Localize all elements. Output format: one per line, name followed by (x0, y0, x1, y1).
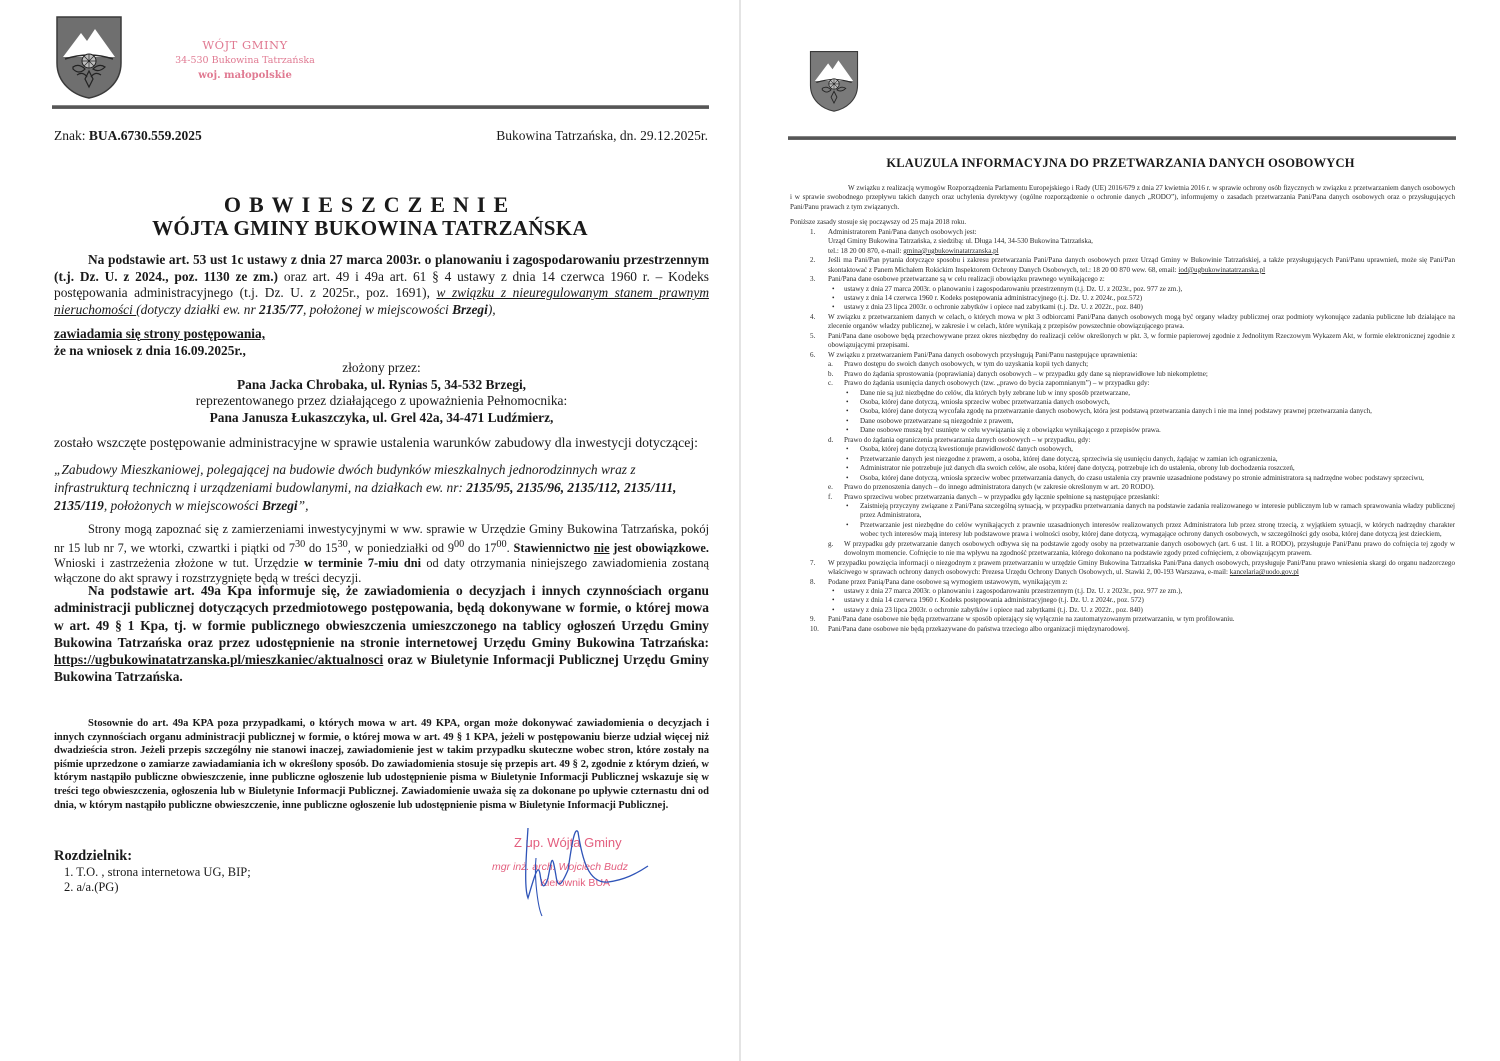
applicant-block: złożony przez: Pana Jacka Chrobaka, ul. … (54, 360, 709, 426)
reference-number: Znak: BUA.6730.559.2025 (54, 128, 202, 144)
municipality-crest-icon (55, 15, 123, 99)
clause-title: KLAUZULA INFORMACYJNA DO PRZETWARZANIA D… (741, 156, 1500, 171)
office-stamp: WÓJT GMINY 34-530 Bukowina Tatrzańska wo… (165, 38, 325, 83)
signature-stamp: Z up. Wójta Gminy mgr inż. arch. Wojciec… (498, 818, 678, 918)
clause-item-5: 5.Pani/Pana dane osobowe będą przechowyw… (790, 332, 1455, 351)
page-title: OBWIESZCZENIE (0, 192, 740, 218)
iod-email-link[interactable]: iod@ugbukowinatatrzanska.pl (1178, 266, 1265, 274)
gmina-email-link[interactable]: gmina@ugbukowinatatrzanska.pl (903, 247, 998, 255)
stamp-line-3: woj. małopolskie (165, 68, 325, 83)
clause-intro: W związku z realizacją wymogów Rozporząd… (790, 184, 1455, 212)
municipality-crest-icon (809, 44, 859, 118)
clause-bullet: •ustawy z dnia 27 marca 2003r. o planowa… (790, 587, 1455, 596)
clause-item-6: 6.W związku z przetwarzaniem Pani/Pana d… (790, 351, 1455, 360)
clause-bullet: •Przetwarzanie danych jest niezgodne z p… (790, 455, 1455, 464)
clause-bullet: •ustawy z dnia 14 czerwca 1960 r. Kodeks… (790, 294, 1455, 303)
clause-item-2: 2. Jeśli ma Pani/Pan pytania dotyczące s… (790, 256, 1455, 275)
uodo-email-link[interactable]: kancelaria@uodo.gov.pl (1230, 568, 1299, 576)
clause-body: W związku z realizacją wymogów Rozporząd… (790, 184, 1455, 634)
clause-item-3: 3. Pani/Pana dane osobowe przetwarzane s… (790, 275, 1455, 284)
clause-bullet: •Osoba, której dane dotyczą wycofała zgo… (790, 407, 1455, 416)
clause-subitem-d: d.Prawo do żądania ograniczenia przetwar… (790, 436, 1455, 445)
clause-bullet: •ustawy z dnia 23 lipca 2003r. o ochroni… (790, 303, 1455, 312)
clause-subitem-g: g.W przypadku gdy przetwarzanie danych o… (790, 540, 1455, 559)
clause-subitem-c: c.Prawo do żądania usunięcia danych osob… (790, 379, 1455, 388)
clause-bullet: •ustawy z dnia 27 marca 2003r. o planowa… (790, 285, 1455, 294)
clause-bullet: •ustawy z dnia 23 lipca 2003r. o ochroni… (790, 606, 1455, 615)
clause-item-1: 1. Administratorem Pani/Pana danych osob… (790, 228, 1455, 256)
clause-subitem-b: b.Prawo do żądania sprostowania (poprawi… (790, 370, 1455, 379)
place-and-date: Bukowina Tatrzańska, dn. 29.12.2025r. (496, 128, 708, 144)
clause-subitem-e: e.Prawo do przenoszenia danych – do inne… (790, 483, 1455, 492)
investment-description: „Zabudowy Mieszkaniowej, polegającej na … (54, 461, 709, 515)
clause-bullet: •Administrator nie potrzebuje już danych… (790, 464, 1455, 473)
proceedings-statement: zostało wszczęte postępowanie administra… (54, 435, 709, 452)
review-info-paragraph: Strony mogą zapoznać się z zamierzeniami… (54, 522, 709, 586)
clause-subitem-f: f.Prawo sprzeciwu wobec przetwarzania da… (790, 493, 1455, 502)
page-subtitle: WÓJTA GMINY BUKOWINA TATRZAŃSKA (0, 216, 740, 241)
clause-bullet: •Osoba, której dane dotyczą kwestionuje … (790, 445, 1455, 454)
municipality-news-link[interactable]: https://ugbukowinatatrzanska.pl/mieszkan… (54, 652, 383, 667)
clause-item-9: 9.Pani/Pana dane osobowe nie będą przetw… (790, 615, 1455, 624)
clause-bullet: •Dane osobowe muszą być usunięte w celu … (790, 426, 1455, 435)
clause-bullet: •Osoba, której dane dotyczą, wniosła spr… (790, 474, 1455, 483)
clause-item-10: 10.Pani/Pana dane osobowe nie będą przek… (790, 625, 1455, 634)
clause-bullet: •Osoba, której dane dotyczą, wniosła spr… (790, 398, 1455, 407)
notification-statement: zawiadamia się strony postępowania, że n… (54, 326, 709, 359)
clause-subitem-a: a.Prawo dostępu do swoich danych osobowy… (790, 360, 1455, 369)
stamp-line-1: WÓJT GMINY (165, 38, 325, 53)
header-rule (52, 105, 709, 109)
clause-bullet: •Dane osobowe przetwarzane są niezgodnie… (790, 417, 1455, 426)
clause-item-8: 8.Podane przez Panią/Pana dane osobowe s… (790, 578, 1455, 587)
header-rule (788, 136, 1456, 140)
clause-item-4: 4.W związku z przetwarzaniem danych w ce… (790, 313, 1455, 332)
clause-bullet: •Zaistnieją przyczyny związane z Pani/Pa… (790, 502, 1455, 521)
clause-item-7: 7.W przypadku powzięcia informacji o nie… (790, 559, 1455, 578)
privacy-clause-page: KLAUZULA INFORMACYJNA DO PRZETWARZANIA D… (741, 0, 1500, 1061)
clause-bullet: •ustawy z dnia 14 czerwca 1960 r. Kodeks… (790, 596, 1455, 605)
legal-basis-paragraph: Na podstawie art. 53 ust 1c ustawy z dni… (54, 252, 709, 318)
art49a-paragraph: Na podstawie art. 49a Kpa informuje się,… (54, 582, 709, 686)
effective-date: Poniższe zasady stosuje się począwszy od… (790, 218, 1455, 227)
clause-bullet: •Przetwarzanie jest niezbędne do celów w… (790, 521, 1455, 540)
legal-notice-paragraph: Stosownie do art. 49a KPA poza przypadka… (54, 717, 709, 812)
applicant-name: Pana Jacka Chrobaka, ul. Rynias 5, 34-53… (54, 377, 709, 394)
stamp-line-2: 34-530 Bukowina Tatrzańska (165, 53, 325, 68)
clause-bullet: •Dane nie są już niezbędne do celów, dla… (790, 389, 1455, 398)
handwritten-signature-icon (498, 818, 678, 918)
attorney-name: Pana Janusza Łukaszczyka, ul. Grel 42a, … (54, 410, 709, 427)
notice-page: WÓJT GMINY 34-530 Bukowina Tatrzańska wo… (0, 0, 740, 1061)
